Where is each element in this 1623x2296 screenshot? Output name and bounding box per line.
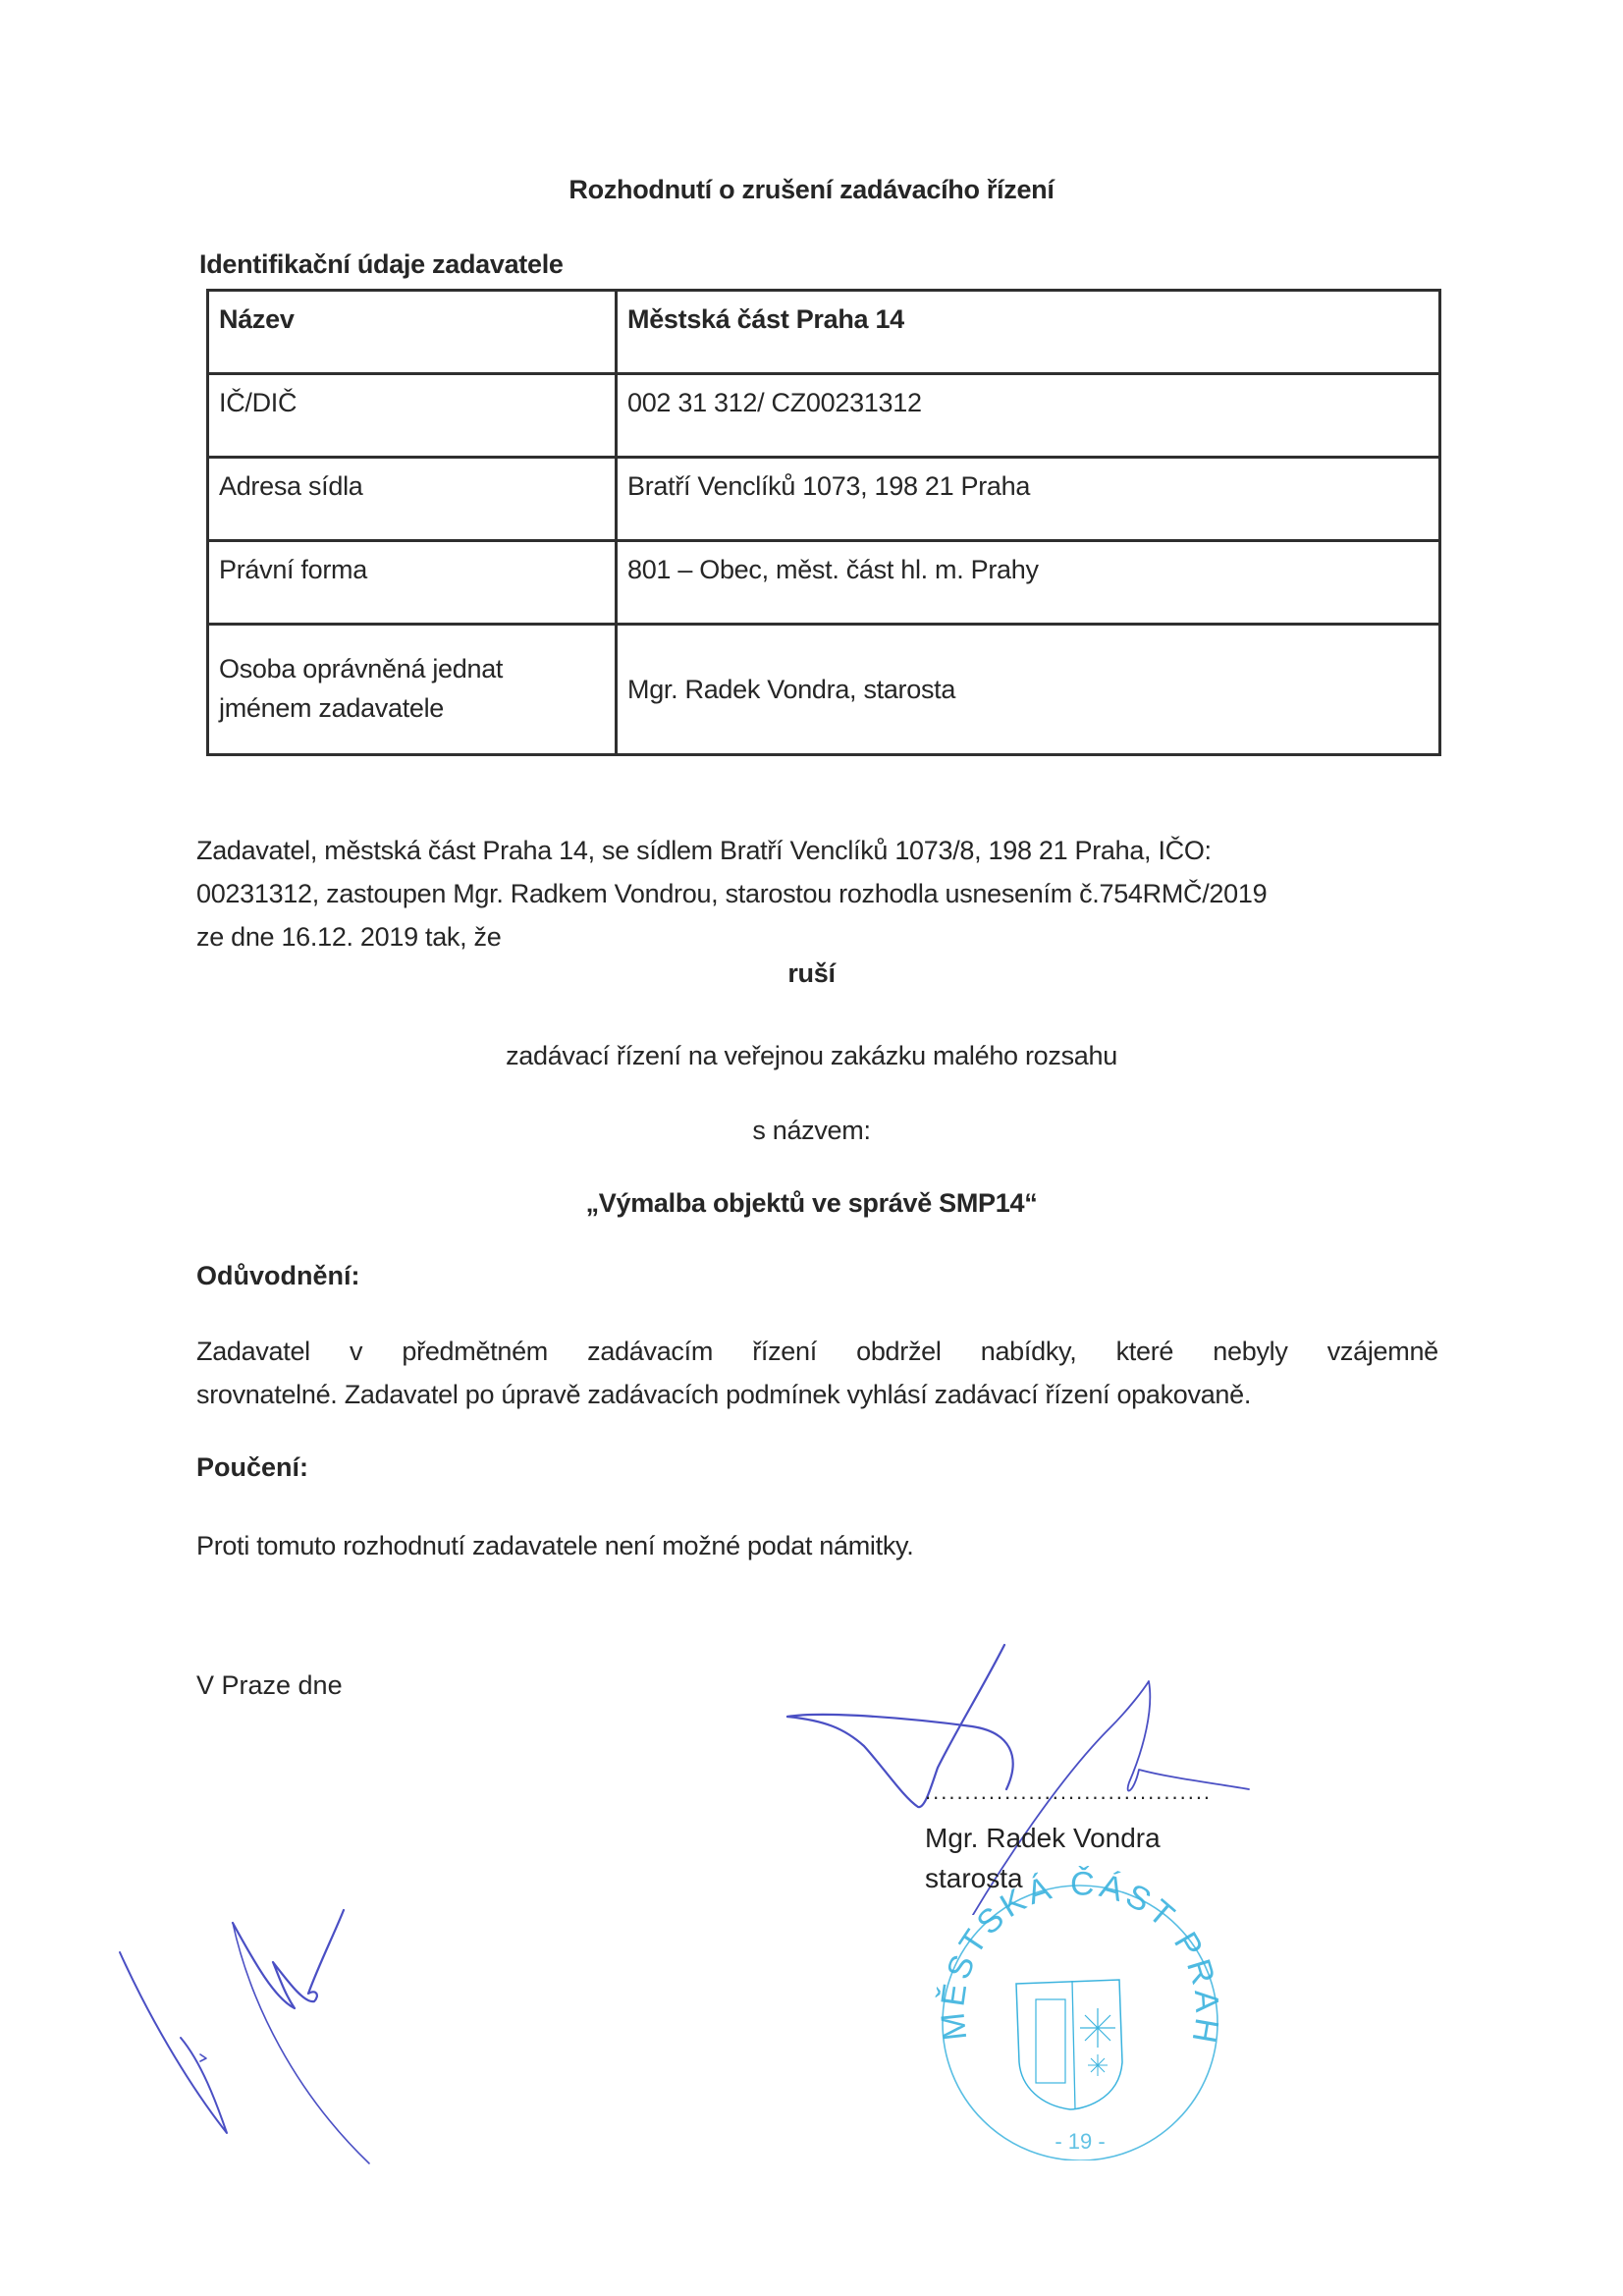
row-value-name: Městská část Praha 14 (617, 291, 1440, 374)
label-line: Osoba oprávněná jednat (219, 649, 605, 688)
justification-word: obdržel (856, 1330, 941, 1373)
signature-dots: .................................... (925, 1779, 1212, 1805)
official-stamp-icon: MĚSTSKÁ ČÁST PRAHA 14 - 19 - (923, 1866, 1237, 2160)
intro-line: 00231312, zastoupen Mgr. Radkem Vondrou,… (196, 872, 1438, 915)
row-label-address: Adresa sídla (208, 458, 617, 541)
instruction-text: Proti tomuto rozhodnutí zadavatele není … (196, 1524, 1438, 1567)
decision-word: ruší (0, 958, 1623, 989)
justification-word: řízení (752, 1330, 817, 1373)
justification-word: které (1116, 1330, 1174, 1373)
contract-name: „Výmalba objektů ve správě SMP14“ (0, 1188, 1623, 1219)
place-date: V Praze dne (196, 1670, 343, 1701)
row-label-authorized-person: Osoba oprávněná jednat jménem zadavatele (208, 625, 617, 755)
intro-line: ze dne 16.12. 2019 tak, že (196, 915, 1438, 958)
row-value-legal-form: 801 – Obec, měst. část hl. m. Prahy (617, 541, 1440, 625)
signatory-name: Mgr. Radek Vondra (925, 1823, 1161, 1854)
initials-scribble-icon (98, 1886, 393, 2200)
justification-word: vzájemně (1327, 1330, 1438, 1373)
table-row: Právní forma 801 – Obec, měst. část hl. … (208, 541, 1440, 625)
justification-word: předmětném (402, 1330, 548, 1373)
table-row: Osoba oprávněná jednat jménem zadavatele… (208, 625, 1440, 755)
subject-line: zadávací řízení na veřejnou zakázku malé… (0, 1041, 1623, 1071)
identification-table: Název Městská část Praha 14 IČ/DIČ 002 3… (206, 289, 1441, 756)
named-label: s názvem: (0, 1116, 1623, 1146)
justification-line-justified: Zadavatelvpředmětnémzadávacímřízeníobdrž… (196, 1330, 1438, 1373)
justification-word: zadávacím (587, 1330, 713, 1373)
instruction-heading: Poučení: (196, 1452, 308, 1483)
row-value-address: Bratří Venclíků 1073, 198 21 Praha (617, 458, 1440, 541)
intro-paragraph: Zadavatel, městská část Praha 14, se síd… (196, 829, 1438, 958)
table-row: IČ/DIČ 002 31 312/ CZ00231312 (208, 374, 1440, 458)
justification-word: v (350, 1330, 362, 1373)
row-label-ic-dic: IČ/DIČ (208, 374, 617, 458)
document-title: Rozhodnutí o zrušení zadávacího řízení (0, 175, 1623, 205)
row-label-name: Název (208, 291, 617, 374)
identification-heading: Identifikační údaje zadavatele (199, 249, 564, 280)
label-line: jménem zadavatele (219, 688, 605, 728)
justification-line: srovnatelné. Zadavatel po úpravě zadávac… (196, 1373, 1438, 1416)
table-row: Adresa sídla Bratří Venclíků 1073, 198 2… (208, 458, 1440, 541)
justification-heading: Odůvodnění: (196, 1261, 359, 1291)
intro-line: Zadavatel, městská část Praha 14, se síd… (196, 829, 1438, 872)
row-label-legal-form: Právní forma (208, 541, 617, 625)
svg-text:MĚSTSKÁ ČÁST PRAHA 14: MĚSTSKÁ ČÁST PRAHA 14 (923, 1866, 1225, 2050)
justification-word: nabídky, (981, 1330, 1077, 1373)
justification-word: Zadavatel (196, 1330, 310, 1373)
table-row: Název Městská část Praha 14 (208, 291, 1440, 374)
justification-paragraph: Zadavatelvpředmětnémzadávacímřízeníobdrž… (196, 1330, 1438, 1416)
row-value-ic-dic: 002 31 312/ CZ00231312 (617, 374, 1440, 458)
row-value-authorized-person: Mgr. Radek Vondra, starosta (617, 625, 1440, 755)
svg-text:- 19 -: - 19 - (1055, 2129, 1105, 2154)
justification-word: nebyly (1213, 1330, 1287, 1373)
